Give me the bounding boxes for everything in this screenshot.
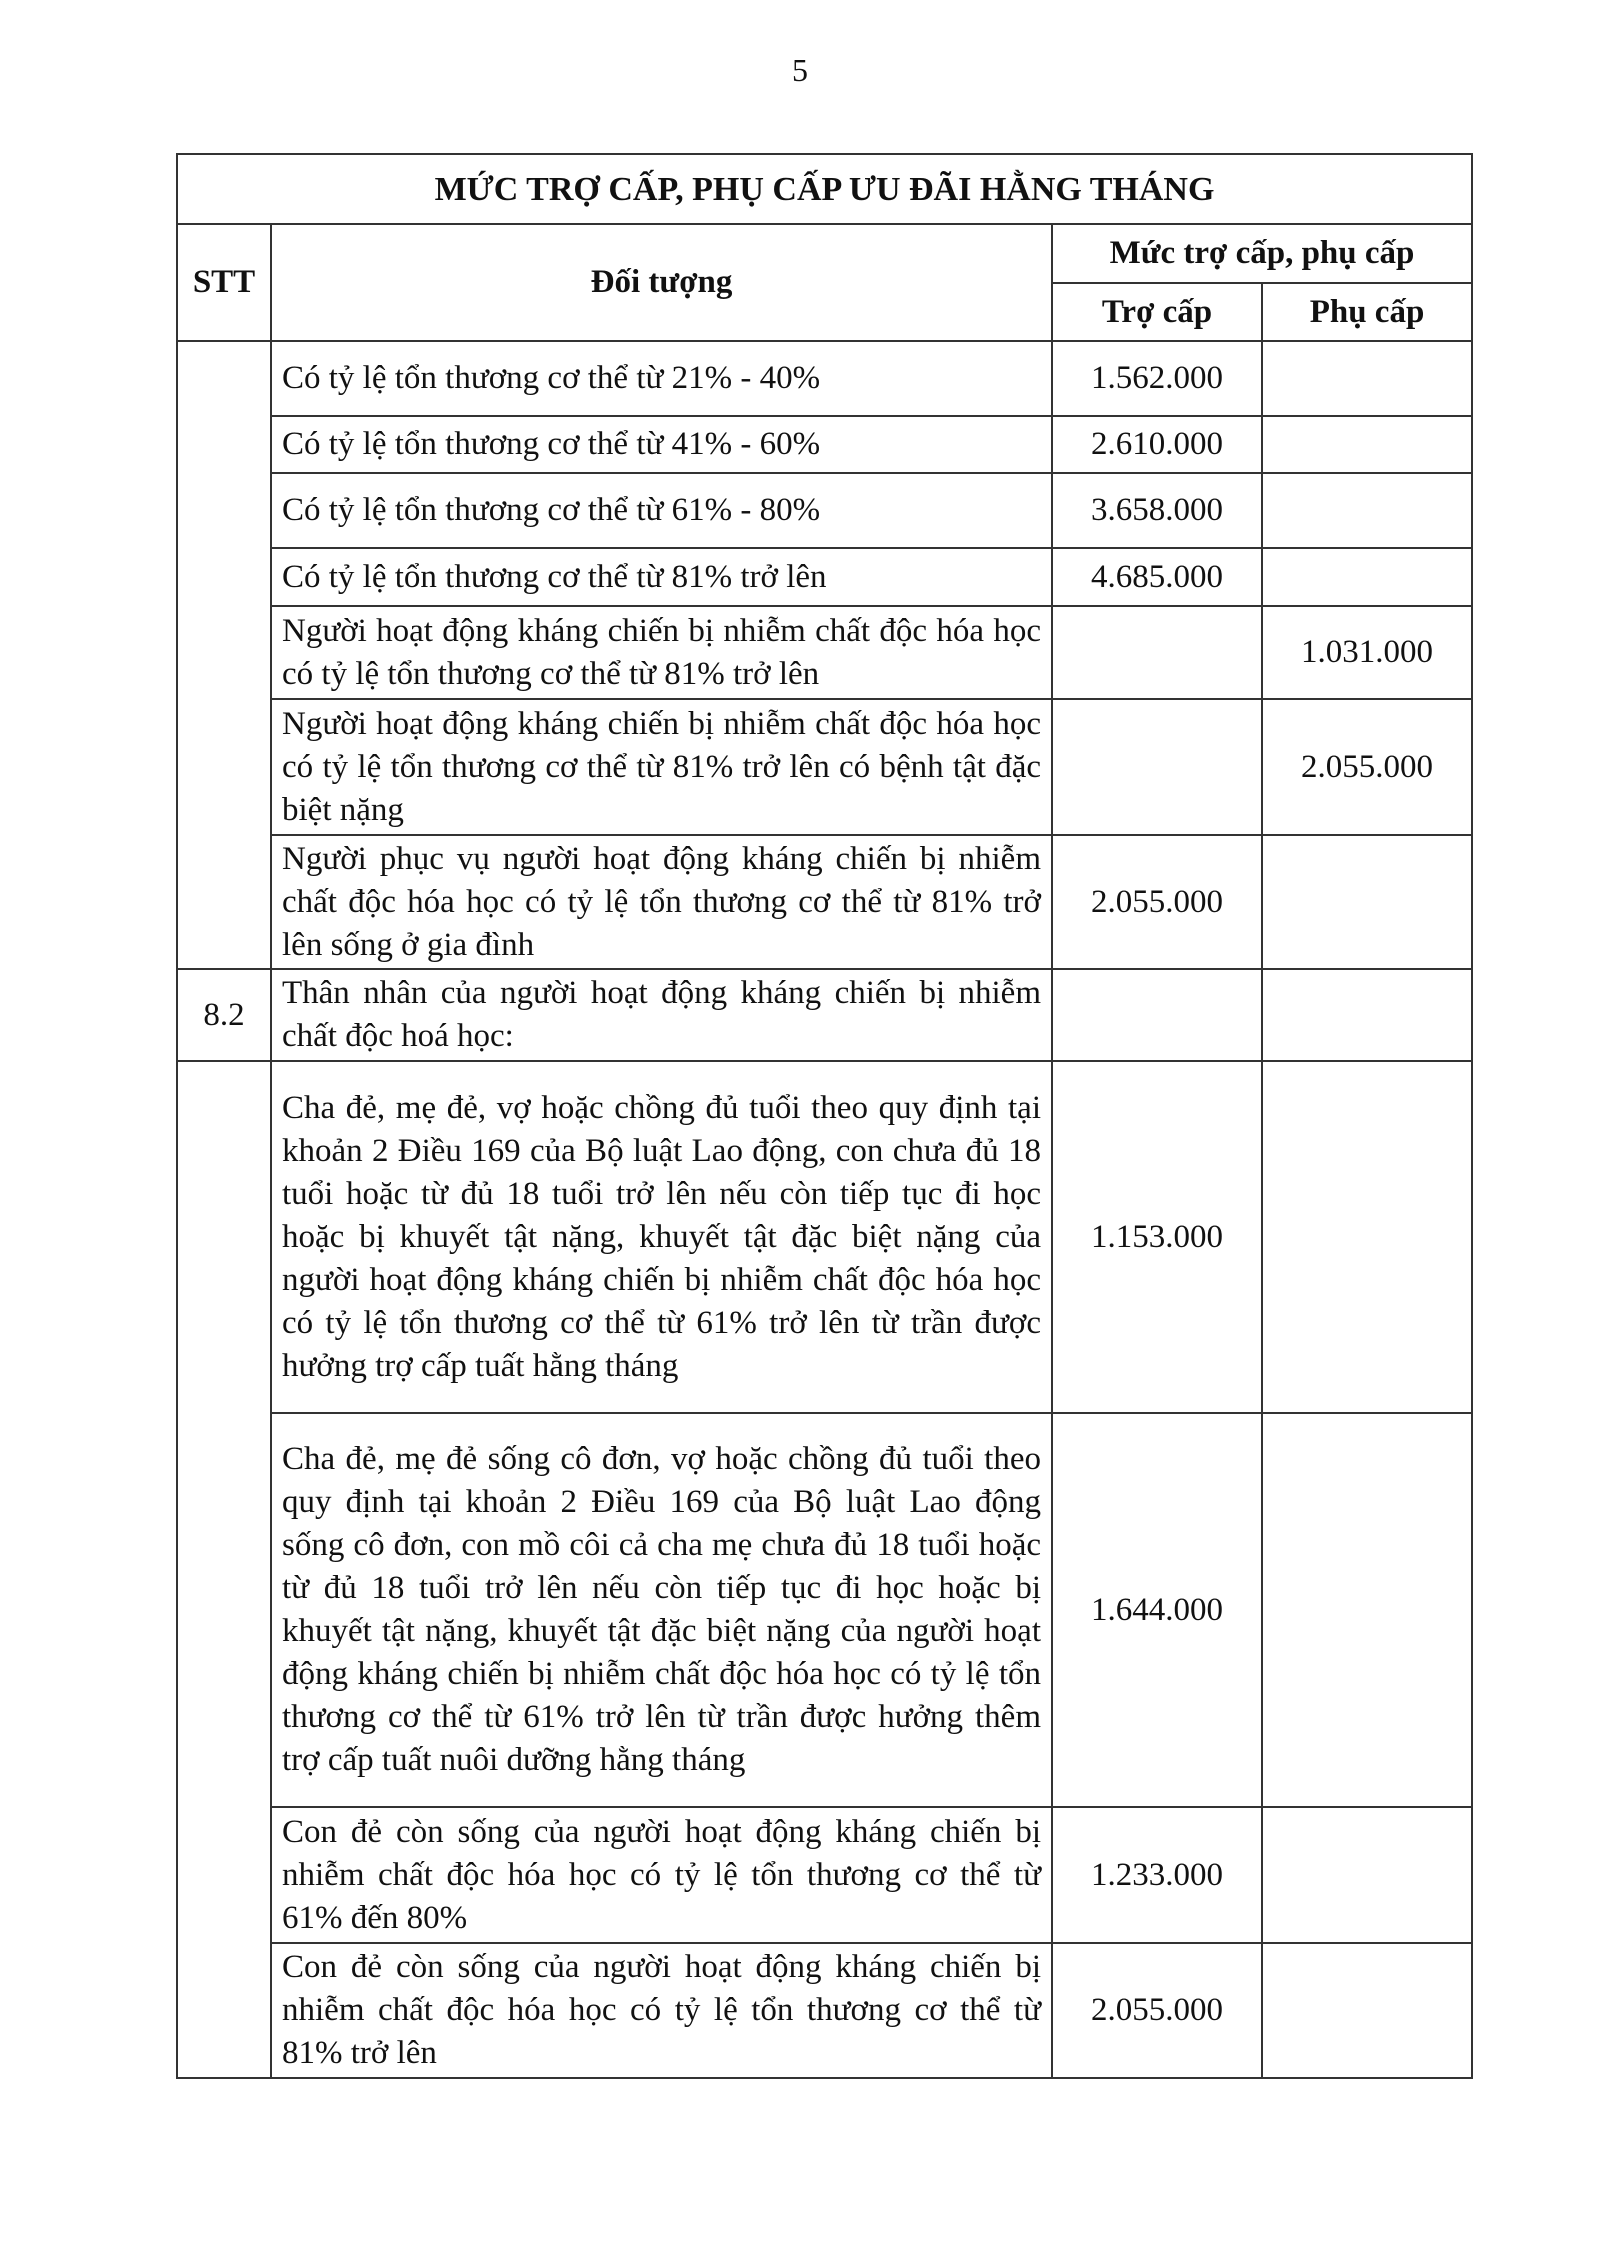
row-subject: Có tỷ lệ tổn thương cơ thể từ 21% - 40% <box>271 341 1052 416</box>
table-row: Người hoạt động kháng chiến bị nhiễm chấ… <box>177 699 1472 835</box>
header-amount-group: Mức trợ cấp, phụ cấp <box>1052 224 1472 283</box>
row-subject: Người hoạt động kháng chiến bị nhiễm chấ… <box>271 606 1052 699</box>
row-supplement <box>1262 1061 1472 1413</box>
table-row: 8.2Thân nhân của người hoạt động kháng c… <box>177 969 1472 1061</box>
row-stt: 8.2 <box>177 969 271 1061</box>
header-subject: Đối tượng <box>271 224 1052 341</box>
table-row: Có tỷ lệ tổn thương cơ thể từ 81% trở lê… <box>177 548 1472 606</box>
row-subject: Con đẻ còn sống của người hoạt động khán… <box>271 1807 1052 1943</box>
table-row: Cha đẻ, mẹ đẻ sống cô đơn, vợ hoặc chồng… <box>177 1413 1472 1807</box>
row-supplement <box>1262 969 1472 1061</box>
row-subject: Có tỷ lệ tổn thương cơ thể từ 41% - 60% <box>271 416 1052 473</box>
row-subject: Người phục vụ người hoạt động kháng chiế… <box>271 835 1052 969</box>
row-supplement <box>1262 473 1472 548</box>
row-supplement <box>1262 548 1472 606</box>
header-allowance: Trợ cấp <box>1052 283 1262 341</box>
table-row: Cha đẻ, mẹ đẻ, vợ hoặc chồng đủ tuổi the… <box>177 1061 1472 1413</box>
row-subject: Có tỷ lệ tổn thương cơ thể từ 61% - 80% <box>271 473 1052 548</box>
header-row: STT Đối tượng Mức trợ cấp, phụ cấp <box>177 224 1472 283</box>
row-stt <box>177 341 271 969</box>
row-allowance <box>1052 606 1262 699</box>
table-row: Con đẻ còn sống của người hoạt động khán… <box>177 1943 1472 2078</box>
table-row: Con đẻ còn sống của người hoạt động khán… <box>177 1807 1472 1943</box>
table-row: Người phục vụ người hoạt động kháng chiế… <box>177 835 1472 969</box>
table-row: Có tỷ lệ tổn thương cơ thể từ 61% - 80%3… <box>177 473 1472 548</box>
row-supplement <box>1262 1807 1472 1943</box>
row-subject: Cha đẻ, mẹ đẻ, vợ hoặc chồng đủ tuổi the… <box>271 1061 1052 1413</box>
row-allowance <box>1052 969 1262 1061</box>
row-subject: Thân nhân của người hoạt động kháng chiế… <box>271 969 1052 1061</box>
row-subject: Người hoạt động kháng chiến bị nhiễm chấ… <box>271 699 1052 835</box>
row-supplement <box>1262 341 1472 416</box>
table-row: Có tỷ lệ tổn thương cơ thể từ 21% - 40%1… <box>177 341 1472 416</box>
row-supplement <box>1262 1413 1472 1807</box>
row-allowance: 1.644.000 <box>1052 1413 1262 1807</box>
row-subject: Cha đẻ, mẹ đẻ sống cô đơn, vợ hoặc chồng… <box>271 1413 1052 1807</box>
row-supplement: 2.055.000 <box>1262 699 1472 835</box>
row-supplement: 1.031.000 <box>1262 606 1472 699</box>
table-title-row: MỨC TRỢ CẤP, PHỤ CẤP ƯU ĐÃI HẰNG THÁNG <box>177 154 1472 224</box>
page-number: 5 <box>0 52 1600 89</box>
row-allowance: 2.055.000 <box>1052 835 1262 969</box>
row-allowance: 2.610.000 <box>1052 416 1262 473</box>
allowance-table: MỨC TRỢ CẤP, PHỤ CẤP ƯU ĐÃI HẰNG THÁNG S… <box>176 153 1473 2079</box>
row-allowance: 4.685.000 <box>1052 548 1262 606</box>
table-title: MỨC TRỢ CẤP, PHỤ CẤP ƯU ĐÃI HẰNG THÁNG <box>177 154 1472 224</box>
row-allowance <box>1052 699 1262 835</box>
table-row: Người hoạt động kháng chiến bị nhiễm chấ… <box>177 606 1472 699</box>
row-supplement <box>1262 416 1472 473</box>
header-supplement: Phụ cấp <box>1262 283 1472 341</box>
row-allowance: 1.562.000 <box>1052 341 1262 416</box>
row-supplement <box>1262 1943 1472 2078</box>
row-supplement <box>1262 835 1472 969</box>
header-stt: STT <box>177 224 271 341</box>
row-stt <box>177 1061 271 2078</box>
row-subject: Con đẻ còn sống của người hoạt động khán… <box>271 1943 1052 2078</box>
row-allowance: 2.055.000 <box>1052 1943 1262 2078</box>
table-row: Có tỷ lệ tổn thương cơ thể từ 41% - 60%2… <box>177 416 1472 473</box>
row-subject: Có tỷ lệ tổn thương cơ thể từ 81% trở lê… <box>271 548 1052 606</box>
row-allowance: 1.153.000 <box>1052 1061 1262 1413</box>
row-allowance: 3.658.000 <box>1052 473 1262 548</box>
row-allowance: 1.233.000 <box>1052 1807 1262 1943</box>
